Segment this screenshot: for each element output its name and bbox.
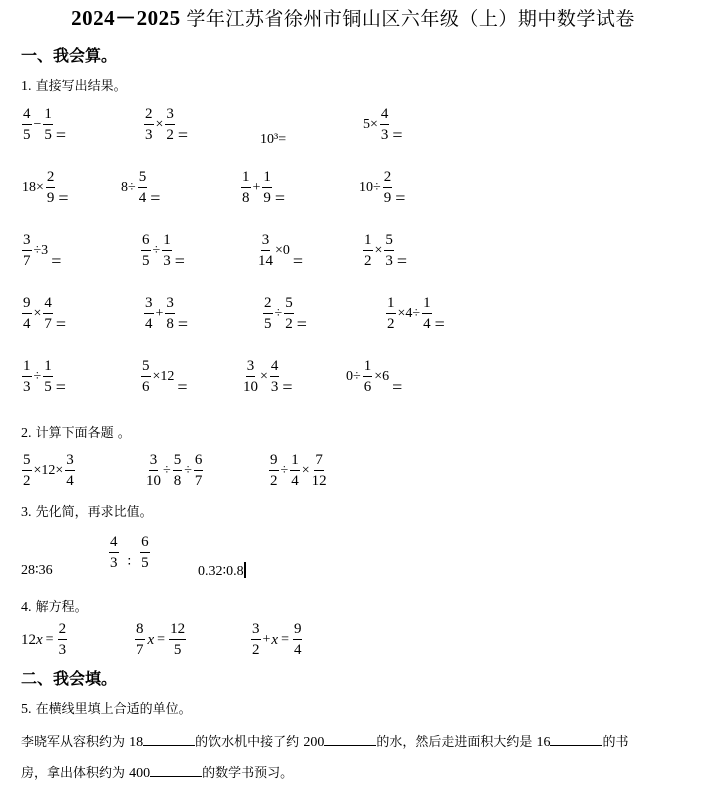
fraction: 15 bbox=[43, 107, 53, 143]
equation-1: 12x= 23 bbox=[21, 622, 68, 658]
question-4-prompt: 4. 解方程。 bbox=[21, 596, 88, 616]
answer-blank-1[interactable] bbox=[143, 733, 195, 746]
fraction: 19 bbox=[262, 170, 272, 206]
question-2-prompt: 2. 计算下面各题 。 bbox=[21, 422, 131, 442]
fraction: 310 bbox=[146, 453, 161, 489]
fraction: 29 bbox=[46, 170, 56, 206]
answer-blank-2[interactable] bbox=[324, 733, 376, 746]
math-expression: 10÷29= bbox=[358, 170, 405, 206]
math-expression: 92÷14×712 bbox=[268, 453, 328, 489]
fraction: 43 bbox=[380, 107, 390, 143]
fraction: 45 bbox=[22, 107, 32, 143]
fraction: 310 bbox=[243, 359, 258, 395]
fraction: 47 bbox=[43, 296, 53, 332]
fraction: 14 bbox=[422, 296, 432, 332]
fraction: 125 bbox=[169, 622, 186, 658]
fraction: 32 bbox=[251, 622, 261, 658]
fraction: 13 bbox=[162, 233, 172, 269]
fraction: 53 bbox=[384, 233, 394, 269]
math-expression: 10³= bbox=[260, 132, 286, 148]
math-expression: 310÷58÷67 bbox=[145, 453, 204, 489]
math-expression: 18×29= bbox=[21, 170, 69, 206]
fraction: 712 bbox=[312, 453, 327, 489]
section-heading-1: 一、我会算。 bbox=[21, 43, 117, 66]
ratio-item-1: 28∶36 bbox=[21, 562, 53, 579]
math-expression: 12×4÷14= bbox=[385, 296, 445, 332]
math-expression: 25÷52= bbox=[262, 296, 307, 332]
math-expression: 5×43= bbox=[362, 107, 403, 143]
math-expression: 45−15= bbox=[21, 107, 66, 143]
fraction: 52 bbox=[284, 296, 294, 332]
fraction: 52 bbox=[22, 453, 32, 489]
question-5-line-2: 房，拿出体积约为 400的数学书预习。 bbox=[21, 762, 293, 782]
answer-blank-3[interactable] bbox=[550, 733, 602, 746]
fraction: 12 bbox=[386, 296, 396, 332]
fraction: 87 bbox=[135, 622, 145, 658]
fraction: 67 bbox=[194, 453, 204, 489]
fraction: 38 bbox=[165, 296, 175, 332]
fraction: 314 bbox=[258, 233, 273, 269]
title-years: 2024－2025 bbox=[71, 6, 181, 30]
page-title: 2024－2025 学年江苏省徐州市铜山区六年级（上）期中数学试卷 bbox=[0, 2, 706, 32]
fraction: 92 bbox=[269, 453, 279, 489]
math-expression: 13÷15= bbox=[21, 359, 66, 395]
fraction: 18 bbox=[241, 170, 251, 206]
math-expression: 18+19= bbox=[240, 170, 285, 206]
math-expression: 0÷16×6= bbox=[345, 359, 402, 395]
question-5-line-1: 李晓军从容积约为 18的饮水机中接了约 200的水，然后走进面积大约是 16的书 bbox=[21, 731, 628, 751]
math-expression: 52×12×34 bbox=[21, 453, 76, 489]
answer-blank-4[interactable] bbox=[150, 764, 202, 777]
fraction: 43 bbox=[109, 535, 119, 571]
fraction: 65 bbox=[141, 233, 151, 269]
fraction: 43 bbox=[270, 359, 280, 395]
math-expression: 94×47= bbox=[21, 296, 66, 332]
math-expression: 65÷13= bbox=[140, 233, 185, 269]
fraction: 23 bbox=[144, 107, 154, 143]
fraction: 94 bbox=[293, 622, 303, 658]
question-1-prompt: 1. 直接写出结果。 bbox=[21, 75, 127, 95]
math-expression: 12×53= bbox=[362, 233, 407, 269]
math-expression: 310×43= bbox=[242, 359, 293, 395]
section-heading-2: 二、我会填。 bbox=[21, 666, 117, 689]
fraction: 54 bbox=[138, 170, 148, 206]
question-3-prompt: 3. 先化简，再求比值。 bbox=[21, 501, 153, 521]
equation-3: 32 +x= 94 bbox=[250, 622, 303, 658]
math-expression: 8÷54= bbox=[120, 170, 160, 206]
title-text: 学年江苏省徐州市铜山区六年级（上）期中数学试卷 bbox=[186, 8, 635, 30]
fraction: 15 bbox=[43, 359, 53, 395]
fraction: 25 bbox=[263, 296, 273, 332]
fraction: 32 bbox=[165, 107, 175, 143]
fraction: 13 bbox=[22, 359, 32, 395]
math-expression: 314×0= bbox=[257, 233, 303, 269]
math-expression: 37÷3= bbox=[21, 233, 61, 269]
ratio-item-3[interactable]: 0.32∶0.8 bbox=[198, 562, 246, 580]
fraction: 58 bbox=[173, 453, 183, 489]
fraction: 29 bbox=[383, 170, 393, 206]
fraction: 12 bbox=[363, 233, 373, 269]
math-expression: 34+38= bbox=[143, 296, 188, 332]
fraction: 16 bbox=[363, 359, 373, 395]
fraction: 34 bbox=[65, 453, 75, 489]
fraction: 94 bbox=[22, 296, 32, 332]
fraction: 34 bbox=[144, 296, 154, 332]
math-expression: 23×32= bbox=[143, 107, 188, 143]
fraction: 37 bbox=[22, 233, 32, 269]
text-cursor bbox=[244, 562, 246, 578]
ratio-item-2: 43 ∶ 65 bbox=[108, 535, 151, 571]
fraction: 14 bbox=[290, 453, 300, 489]
fraction: 23 bbox=[58, 622, 68, 658]
fraction: 65 bbox=[140, 535, 150, 571]
equation-2: 87 x= 125 bbox=[134, 622, 187, 658]
math-expression: 56×12= bbox=[140, 359, 188, 395]
fraction: 56 bbox=[141, 359, 151, 395]
question-5-prompt: 5. 在横线里填上合适的单位。 bbox=[21, 698, 192, 718]
